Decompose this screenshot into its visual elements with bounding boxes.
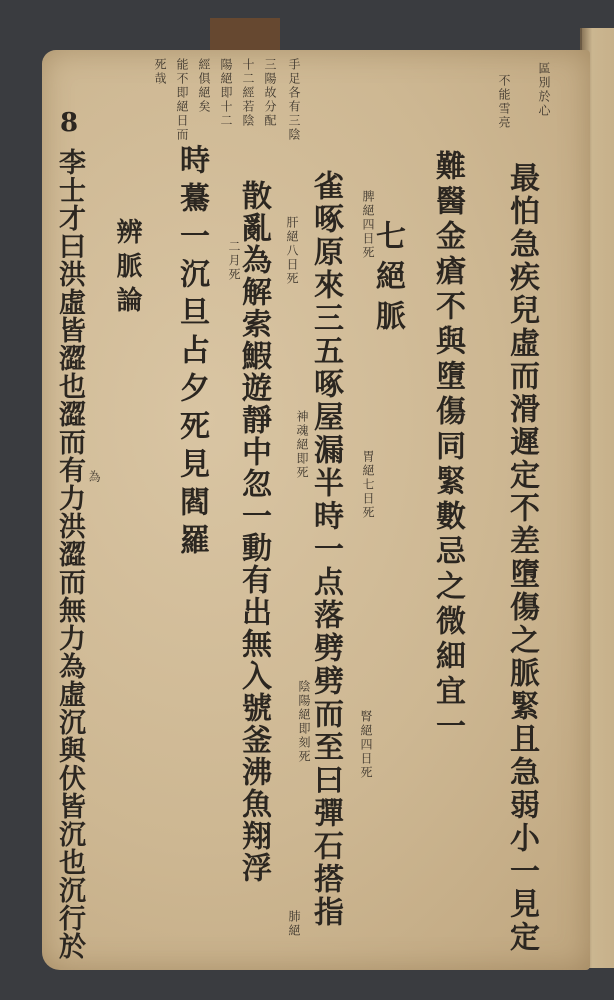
annotation-top-left-3: 十二經若陰	[242, 58, 254, 128]
page-tab-marker	[210, 18, 280, 50]
note-spleen-extreme: 脾絕四日死	[362, 190, 374, 260]
annotation-top-right-1: 區別於心	[538, 62, 550, 118]
note-second-month: 二月死	[228, 240, 240, 282]
annotation-top-left-2: 三陽故分配	[264, 58, 276, 128]
annotation-top-left-7: 死哉	[154, 58, 166, 86]
note-kidney-extreme: 腎絕四日死	[360, 710, 372, 780]
annotation-top-left-1: 手足各有三陰	[288, 58, 300, 142]
text-column-4: 散亂為解索鰕遊靜中忽一動有出無入號釜沸魚翔浮	[238, 180, 268, 884]
text-column-2: 難醫金瘡不與墮傷同緊數忌之微細宜一	[432, 150, 462, 745]
note-lung-extreme: 肺絕	[288, 910, 300, 938]
annotation-top-left-6: 能不即絕日而	[176, 58, 188, 142]
note-liver-extreme: 肝絕八日死	[286, 216, 298, 286]
note-spirit-extreme: 神魂絕即死	[296, 410, 308, 480]
manuscript-page: 區別於心 不能雪亮 最怕急疾兒虛而滑遲定不差墮傷之脈緊且急弱小一見定 難醫金瘡不…	[42, 50, 590, 970]
section-title-seven-extreme-pulses: 七絕脈	[372, 220, 402, 340]
text-column-1: 最怕急疾兒虛而滑遲定不差墮傷之脈緊且急弱小一見定	[506, 162, 536, 954]
text-column-3: 雀啄原來三五啄屋漏半時一点落劈劈而至曰彈石搭指	[310, 170, 340, 929]
annotation-top-left-5: 經俱絕矣	[198, 58, 210, 114]
note-hong: 為	[88, 470, 100, 484]
note-stomach-extreme: 胃絕七日死	[362, 450, 374, 520]
text-column-7: 李士才曰洪虛皆澀也澀而有力洪澀而無力為虛沉與伏皆沉也沉行於	[56, 148, 83, 960]
note-yin-yang-extreme: 陰陽絕即刻死	[298, 680, 310, 764]
margin-circle-mark-1: 8	[60, 108, 78, 138]
annotation-top-right-2: 不能雪亮	[498, 74, 510, 130]
text-column-5: 時驀一沉旦占夕死見閻羅	[176, 144, 206, 562]
section-title-pulse-discussion: 辨脈論	[114, 218, 140, 320]
annotation-top-left-4: 陽絕即十二	[220, 58, 232, 128]
